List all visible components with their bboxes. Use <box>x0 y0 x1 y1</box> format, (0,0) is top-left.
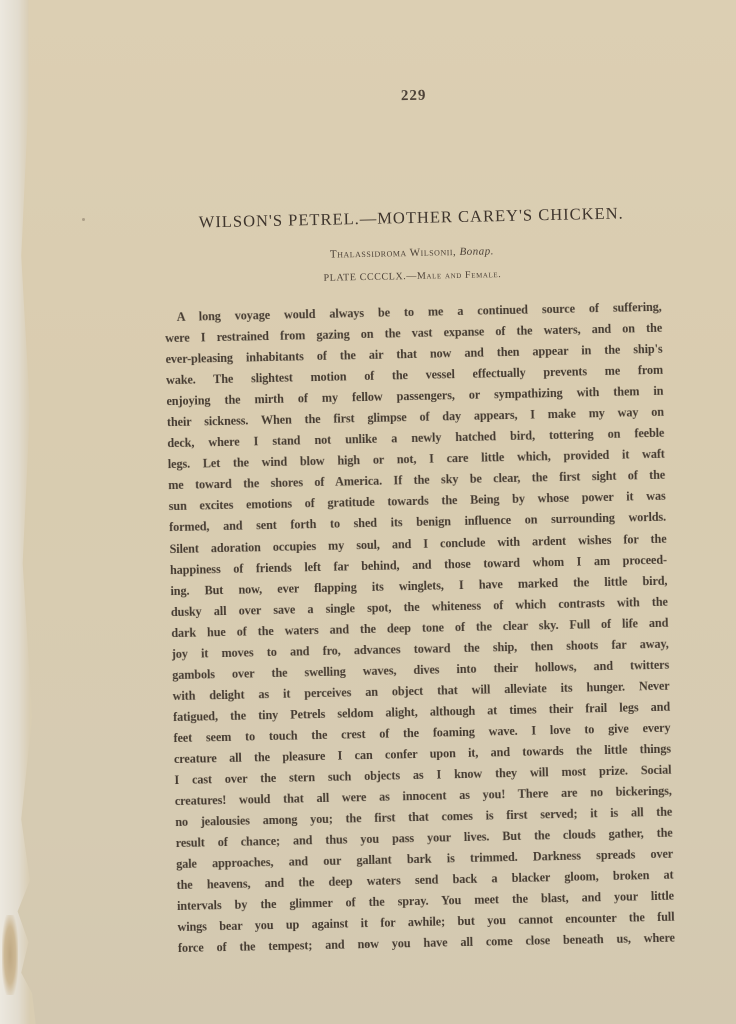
scientific-name: Thalassidroma Wilsonii, <box>330 246 457 261</box>
paper-speck <box>82 218 85 221</box>
plate-caption: PLATE CCCCLX.—Male and Female. <box>164 266 661 287</box>
body-paragraph: A long voyage would always be to me a co… <box>165 297 676 960</box>
chapter-title: WILSON'S PETREL.—MOTHER CAREY'S CHICKEN. <box>163 203 660 233</box>
scientific-name-line: Thalassidroma Wilsonii, Bonap. <box>163 242 660 264</box>
scientific-authority: Bonap. <box>459 245 494 258</box>
page-content: 229 WILSON'S PETREL.—MOTHER CAREY'S CHIC… <box>160 83 675 960</box>
page-stain <box>2 915 18 995</box>
